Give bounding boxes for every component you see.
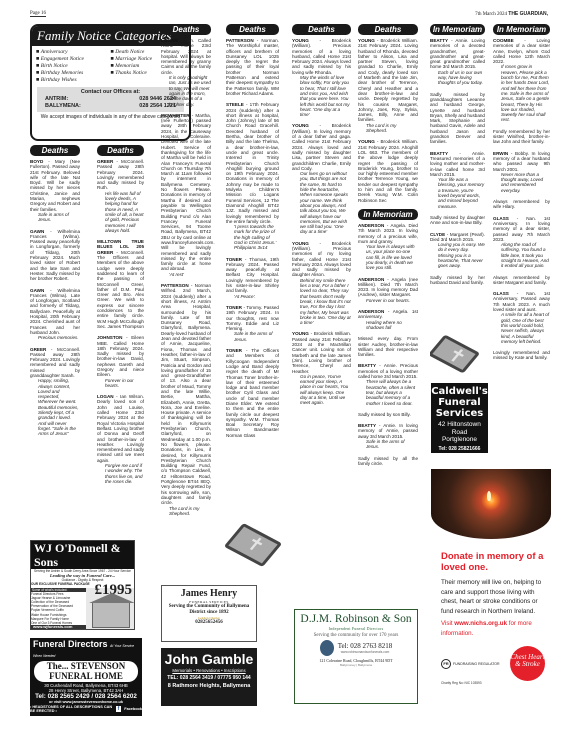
notice-text: Sadly missed by her husband David and fa… bbox=[430, 275, 485, 286]
notice-name: STEELE bbox=[226, 102, 244, 107]
notice-body: Always remembered by sister Margaret and… bbox=[493, 275, 550, 285]
notice-name: CLYDE bbox=[430, 232, 445, 237]
nichs-url[interactable]: www.nichs.org.uk bbox=[454, 620, 507, 627]
column-5: DeathsYOUNG - Broderick (William). Preci… bbox=[292, 24, 351, 412]
jh-serving: Serving the Community of Ballymena Distr… bbox=[162, 604, 256, 616]
notice-body: - Broderick (William). In loving memory … bbox=[292, 123, 351, 170]
notice-verse: A smile for all a heart of gold, One of … bbox=[493, 312, 550, 344]
section-header-deaths: Deaths bbox=[97, 145, 144, 156]
notice-text: Sadly missed by all the family circle. bbox=[358, 456, 418, 467]
notice-name: GAWN bbox=[30, 229, 44, 234]
notice-verse: Forgive me Lord if I wonder why. The tho… bbox=[97, 463, 144, 484]
notice-body: - Broderick William. 21st February 2024.… bbox=[358, 139, 418, 202]
notice-entry: BEATTY - Annie. Loving memories of a dev… bbox=[430, 38, 485, 86]
notice-text: YOUNG - Broderick William. 21st February… bbox=[358, 38, 418, 123]
notice-name: YOUNG bbox=[358, 139, 375, 144]
notice-entry: Fondly remembered by her sister Winifred… bbox=[493, 129, 550, 145]
notice-body: - Martha, (née Fullerton) passed away 28… bbox=[161, 113, 215, 272]
notice-name: ANDERSON bbox=[358, 277, 384, 282]
notice-body: - Mary (Nee Fullerton). Passed away 21st… bbox=[30, 159, 80, 212]
notice-entry: Missed every day. From sister Audrey, br… bbox=[358, 336, 418, 357]
notice-text: GAWN - Wilhelmina Frances (Wilma). Late … bbox=[30, 288, 80, 336]
stevenson-fd: Funeral Directors bbox=[33, 639, 108, 649]
djm-robinson-ad: D.J.M. Robinson & Son Independent Funera… bbox=[294, 609, 418, 704]
notice-entry: GREER - McConnell. Passed away 28th Febr… bbox=[30, 347, 80, 437]
chest-heart-stroke-logo: Chest Heart & Stroke bbox=[510, 646, 545, 681]
notice-verse: Safe in the arms of Jesus. bbox=[358, 439, 418, 450]
notice-verse: Safe in arms of Jesus. bbox=[30, 212, 80, 223]
notice-entry: PATTERSON - Norman. The Worshipful maste… bbox=[226, 38, 279, 96]
wj-name: WJ O'Donnell & Sons bbox=[31, 541, 134, 569]
notice-text: Sadly missed by daughter Anne and son-in… bbox=[430, 215, 485, 226]
notice-text: LOGAN - Ian. Called Home Home 23rd Febru… bbox=[161, 38, 211, 75]
jg-services: Memorials • Renovations • Inscriptions bbox=[161, 667, 257, 674]
john-gamble-ad: John Gamble Memorials • Renovations • In… bbox=[161, 648, 257, 706]
section-header-deaths: Deaths bbox=[358, 24, 418, 35]
ballymena-row: BALLYMENA:028 2564 1221 bbox=[45, 103, 176, 110]
djm-contact-row: Tel: 028 2763 8218 www.robinsonandsonfun… bbox=[295, 640, 417, 656]
notice-body: - Norman Wilfred. 2nd March, 2024 (sudde… bbox=[161, 283, 211, 505]
notice-entry: PATTERSON - Norman Wilfred. 2nd March, 2… bbox=[161, 283, 211, 516]
stevenson-funeral-home-ad: Funeral Directors At Your Service When N… bbox=[30, 638, 142, 716]
notice-text: PATTERSON - Norman. The Worshipful maste… bbox=[226, 38, 279, 96]
notice-entry: GLASS - Nan. 1st Anniversary. Passed awa… bbox=[493, 291, 550, 344]
notice-name: BEATTY bbox=[358, 363, 376, 368]
section-header-deaths: Deaths bbox=[292, 24, 351, 35]
contact-title: Contact our Offices at: bbox=[45, 89, 176, 96]
notice-body: - Wilhelmina Frances (Wilma). Late of Lo… bbox=[30, 288, 80, 335]
notice-name: JOHNSTON bbox=[97, 335, 122, 340]
notice-entry: COOMBE - Loving memories of a dear siste… bbox=[493, 38, 550, 123]
nichs-footer: FRFUNDRAISING REGULATOR Chest Heart & St… bbox=[441, 646, 545, 681]
djm-serving: Serving the community for over 170 years bbox=[295, 633, 417, 638]
charity-reg: Charity Reg No: NIC 103593 bbox=[441, 681, 551, 685]
notice-entry: YOUNG - Broderick William. 21st February… bbox=[358, 38, 418, 133]
antrim-row: ANTRIM:028 9446 2624 bbox=[45, 96, 176, 103]
notice-verse: Along the road of suffering, You found a… bbox=[493, 242, 550, 268]
notice-verse: There will always be a heartache, often … bbox=[358, 379, 418, 405]
cw-addr-1: 42 Hiltonstown bbox=[431, 421, 488, 429]
notice-name: YOUNG bbox=[292, 331, 309, 336]
cw-phone: Tel: 028 25821666 bbox=[431, 446, 488, 452]
ballymena-label: BALLYMENA: bbox=[45, 103, 81, 110]
stevenson-phone: Tel: 028 2565 2429 / 028 2564 6202 bbox=[30, 693, 142, 700]
notice-name: TONER bbox=[226, 348, 242, 353]
notice-body: - Wilhelmina Frances (Wilma). Passed awa… bbox=[30, 229, 80, 282]
category-item: Engagement Notice bbox=[36, 56, 111, 63]
page-header: Page 16 7th March 2024 THE GUARDIAN, bbox=[0, 11, 580, 21]
notice-verse: It is only goodnight Ian, Just as we use… bbox=[161, 75, 211, 107]
fr-logo-icon: FR bbox=[441, 659, 451, 669]
notice-text: Sadly missed by son Billy. bbox=[358, 412, 418, 417]
stevenson-name: The... STEVENSONFUNERAL HOME bbox=[34, 661, 138, 682]
notice-entry: CLYDE - Margaret (Pearl). Died 3rd March… bbox=[430, 232, 485, 269]
notice-text: STEELE - 17th February 2024 (suddenly) a… bbox=[226, 102, 279, 224]
notice-name: ANDERSON bbox=[358, 309, 384, 314]
notice-name: YOUNG bbox=[292, 38, 309, 43]
nichs-headline: Donate in memory of a loved one. bbox=[441, 551, 551, 573]
notice-entry: Sadly missed by daughter Anne and son-in… bbox=[430, 215, 485, 226]
notice-verse: Healing where no shadows fall bbox=[358, 320, 418, 331]
funeral-home-photo: £1995 bbox=[86, 588, 134, 630]
notice-body: Lovingly remembered and missed by Kate a… bbox=[493, 350, 550, 360]
notice-entry: GAWN - Wilhelmina Frances (Wilma). Late … bbox=[30, 288, 80, 341]
column-8: In MemoriamCOOMBE - Loving memories of a… bbox=[493, 24, 550, 367]
paper-name: THE GUARDIAN, bbox=[508, 11, 548, 17]
column-1: DeathsBOYD - Mary (Nee Fullerton). Passe… bbox=[30, 145, 80, 443]
notice-entry: YOUNG - Broderick (William). In loving m… bbox=[292, 123, 351, 234]
notice-entry: BOYD - Mary (Nee Fullerton). Passed away… bbox=[30, 159, 80, 223]
bible-icon bbox=[225, 520, 283, 572]
notice-verse: Never more than a thought away, Loved an… bbox=[493, 172, 550, 193]
candle-hands-image bbox=[431, 469, 551, 539]
notice-body: Sadly missed by son Billy. bbox=[358, 412, 411, 417]
notice-entry: TONER - Tommy. Passed 19th February 2024… bbox=[226, 305, 279, 342]
notice-text: LOGAN - Ian Wilson. Dearly loved son of … bbox=[97, 394, 144, 463]
notice-text: COOMBE - Loving memories of a dear siste… bbox=[493, 38, 550, 64]
masthead-date: 7th March 2024 THE GUARDIAN, bbox=[475, 11, 548, 17]
notice-body: - Norman. The Worshipful master, officer… bbox=[226, 38, 279, 96]
notice-entry: STEELE - 17th February 2024 (suddenly) a… bbox=[226, 102, 279, 250]
wj-odonnell-ad: WJ O'Donnell & Sons Serving the Antrim &… bbox=[30, 540, 135, 630]
notice-name: LOGAN bbox=[161, 38, 178, 43]
notice-name: YOUNG bbox=[292, 123, 309, 128]
jg-phone: TEL: 028 2564 3419 / 07775 950 144 bbox=[161, 674, 257, 682]
fundraising-regulator: FRFUNDRAISING REGULATOR bbox=[441, 659, 500, 669]
notice-entry: Sadly missed by her husband David and fa… bbox=[430, 275, 485, 286]
notice-entry: BEATTY - Annie. Precious memories of a l… bbox=[358, 363, 418, 405]
column-4: DeathsPATTERSON - Norman. The Worshipful… bbox=[226, 24, 279, 444]
djm-footer: Ballymoney | Ballymena bbox=[295, 663, 417, 667]
notice-name: BOYD bbox=[30, 159, 43, 164]
visit-pre: Visit bbox=[441, 620, 454, 627]
notice-text: Fondly remembered by her sister Winifred… bbox=[493, 129, 550, 145]
column-2: DeathsGREER - McConnell. Passed away 28t… bbox=[97, 145, 144, 490]
notice-verse: Your life was a blessing, your memory a … bbox=[430, 177, 485, 209]
jg-name: John Gamble bbox=[161, 651, 257, 667]
notice-verse: Forever in our hearts. bbox=[358, 298, 418, 303]
category-item: Birthday Wishes bbox=[36, 77, 111, 84]
notice-text: YOUNG - Broderick (William). In loving m… bbox=[292, 123, 351, 171]
jh-phone: 02825652456 bbox=[162, 620, 256, 625]
notice-text: TONER - Thomas, 19th February 2024. Pass… bbox=[226, 257, 279, 294]
notice-entry: Sadly missed by granddaughters Leeanne a… bbox=[430, 92, 485, 145]
notice-text: BEATTY - Annie. Loving memories of a dev… bbox=[430, 38, 485, 70]
notice-text: Lovingly remembered and missed by Kate a… bbox=[493, 350, 550, 361]
stevenson-headstones: • HEADSTONES OF ALL DESCRIPTIONS CAN BE … bbox=[30, 705, 113, 713]
notice-entry: ANDERSON - Angela. 1st anniversary.Heali… bbox=[358, 309, 418, 330]
notice-entry: Always remembered by wife Hilary. bbox=[493, 199, 550, 210]
notice-entry: YOUNG - Broderick William. Passed away 2… bbox=[292, 331, 351, 405]
notice-text: MILLTOWN TRUE BLUES LOL 205 GREER - McCo… bbox=[97, 239, 144, 329]
notice-name: COOMBE bbox=[493, 38, 514, 43]
notice-text: YOUNG - Broderick (William). Precious me… bbox=[292, 38, 351, 75]
djm-name: D.J.M. Robinson & Son bbox=[295, 612, 417, 626]
notice-body: - McConnell. Passed away 28th February 2… bbox=[30, 347, 80, 378]
notice-name: GLASS bbox=[493, 216, 509, 221]
notice-entry: ERWIN - Bobby. In loving memory of a dea… bbox=[493, 151, 550, 193]
nichs-visit: Visit www.nichs.org.uk for more informat… bbox=[441, 619, 551, 638]
notice-name: MCWHIRTER bbox=[161, 113, 190, 118]
section-header-in-memoriam: In Memoriam bbox=[493, 24, 550, 35]
notice-body: Fondly remembered by her sister Winifred… bbox=[493, 129, 550, 145]
notice-verse: Safe in the arms of Jesus. bbox=[226, 331, 279, 342]
category-item: Anniversary bbox=[36, 49, 111, 56]
notice-name: GREER bbox=[30, 347, 46, 352]
notice-name: ANDERSON bbox=[358, 223, 384, 228]
notice-body: Missed every day. From sister Audrey, br… bbox=[358, 336, 418, 357]
notice-name: YOUNG bbox=[358, 38, 375, 43]
notice-name: BEATTY bbox=[430, 151, 448, 156]
notice-entry: GLASS - Nan. 1st Anniversary. In loving … bbox=[493, 216, 550, 269]
notice-body: - Ian Wilson. Dearly loved son of John a… bbox=[97, 394, 144, 463]
cw-name-3: Services bbox=[431, 408, 488, 419]
section-header-in-memoriam: In Memoriam bbox=[358, 209, 418, 220]
column-6: DeathsYOUNG - Broderick William. 21st Fe… bbox=[358, 24, 418, 472]
wj-phone: 028 2563 1406 bbox=[31, 629, 86, 630]
notice-verse: If roses grow in Heaven, Please pick a b… bbox=[493, 64, 550, 122]
notice-verse: May the winds of love blow softly, For o… bbox=[292, 75, 351, 117]
notice-entry: LOGAN - Ian Wilson. Dearly loved son of … bbox=[97, 394, 144, 484]
notice-entry: ANDERSON - Angela. Died 7th March 2023. … bbox=[358, 223, 418, 271]
notice-body: - Ian. Called Home Home 23rd February 20… bbox=[161, 38, 211, 75]
column-7: In MemoriamBEATTY - Annie. Loving memori… bbox=[430, 24, 485, 291]
notice-text: Always remembered by wife Hilary. bbox=[493, 199, 550, 210]
djm-phone: Tel: 028 2763 8218 bbox=[338, 642, 393, 650]
jg-address: 8 Rathmore Heights, Ballymena bbox=[161, 682, 257, 690]
notice-text: GLASS - Nan. 1st Anniversary. Passed awa… bbox=[493, 291, 550, 312]
notice-body: - Annie. Loving memories of a devoted gr… bbox=[430, 38, 485, 69]
nichs-body: Their memory will live on, helping to ca… bbox=[441, 578, 551, 616]
section-header-deaths: Deaths bbox=[30, 145, 80, 156]
notice-verse: Behind my smile there lies a tear, For a… bbox=[292, 278, 351, 326]
facebook-label: Facebook bbox=[124, 707, 142, 711]
notice-text: MCWHIRTER - Martha, (née Fullerton) pass… bbox=[161, 113, 211, 272]
notice-verse: Loving you is easy. We do it every day. … bbox=[430, 242, 485, 268]
notice-text: ANDERSON - Angela. Died 7th March 2023. … bbox=[358, 223, 418, 244]
notice-verse: Forever in our hearts. bbox=[97, 378, 144, 389]
notice-entry: Sadly missed by son Billy. bbox=[358, 412, 418, 417]
notice-body: Sadly missed by her husband David and fa… bbox=[430, 275, 485, 285]
notice-body: Sadly missed by granddaughters Leeanne a… bbox=[430, 92, 485, 145]
notice-name: GREER bbox=[97, 159, 113, 164]
column-3: DeathsLOGAN - Ian. Called Home Home 23rd… bbox=[161, 24, 211, 522]
notice-verse: 'At rest' bbox=[161, 272, 211, 277]
notice-body: - Eileen MBE. Called Home 18th February … bbox=[97, 335, 144, 377]
stevenson-heading: Funeral Directors At Your Service When N… bbox=[30, 638, 142, 660]
section-header-deaths: Deaths bbox=[226, 24, 279, 35]
notice-text: GAWN - Wilhelmina Frances (Wilma). Passe… bbox=[30, 229, 80, 282]
stevenson-name-2: FUNERAL HOME bbox=[35, 672, 137, 682]
notice-text: GREER - McConnell. Passed away 28th Febr… bbox=[97, 159, 144, 191]
notice-body: Sadly missed by daughter Anne and son-in… bbox=[430, 215, 485, 225]
notice-text: BEATTY - Annie. Precious memories of a l… bbox=[358, 363, 418, 379]
notice-verse: 'At Peace'. bbox=[226, 294, 279, 299]
notice-entry: MILLTOWN TRUE BLUES LOL 205 GREER - McCo… bbox=[97, 239, 144, 329]
cw-name-2: Funeral bbox=[431, 397, 488, 408]
notice-body: - Broderick William. 21st February 2024.… bbox=[358, 38, 418, 122]
notice-body: - Broderick (William). Precious memories… bbox=[292, 38, 351, 75]
notice-text: PATTERSON - Norman Wilfred. 2nd March, 2… bbox=[161, 283, 211, 505]
notice-text: ERWIN - Bobby. In loving memory of a dea… bbox=[493, 151, 550, 172]
notice-entry: TONER - Thomas, 19th February 2024. Pass… bbox=[226, 257, 279, 299]
notice-name: LOGAN bbox=[97, 394, 114, 399]
notice-body: - 17th February 2024 (suddenly) after a … bbox=[226, 102, 279, 224]
nichs-donate-ad: Donate in memory of a loved one. Their m… bbox=[431, 469, 551, 714]
category-item: Birth Notice bbox=[36, 63, 111, 70]
notice-name: GLASS bbox=[493, 291, 509, 296]
notice-body: Sadly missed by all the family circle. bbox=[358, 456, 418, 466]
notice-text: BOYD - Mary (Nee Fullerton). Passed away… bbox=[30, 159, 80, 212]
cw-address: 42 HiltonstownRoadPortglenone bbox=[431, 421, 488, 444]
page-number: Page 16 bbox=[30, 11, 46, 17]
notice-verse: 'I press towards the mark for the prize … bbox=[226, 224, 279, 250]
notice-text: JOHNSTON - Eileen MBE. Called Home 18th … bbox=[97, 335, 144, 377]
notice-text: TONER - Tommy. Passed 19th February 2024… bbox=[226, 305, 279, 331]
category-item: Birthday Memories bbox=[36, 70, 111, 77]
issue-date: 7th March 2024 bbox=[475, 12, 507, 17]
notice-text: YOUNG - Broderick William. Passed away 2… bbox=[292, 331, 351, 373]
notice-entry: TONER - The Officers and Members of Kill… bbox=[226, 348, 279, 438]
notice-text: ANDERSON - Angela. 1st anniversary. bbox=[358, 309, 418, 320]
notice-text: TONER - The Officers and Members of Kill… bbox=[226, 348, 279, 438]
notice-entry: ANDERSON - Angela (nee Milliken). Died 7… bbox=[358, 277, 418, 303]
notice-text: Always remembered by sister Margaret and… bbox=[493, 275, 550, 286]
notice-entry: MCWHIRTER - Martha, (née Fullerton) pass… bbox=[161, 113, 211, 277]
notice-text: BEATTY - Annie. Treasured memories of a … bbox=[430, 151, 485, 177]
james-henry-ad: James Henry FUNERAL SERVICES Serving the… bbox=[161, 585, 257, 642]
cw-addr-2: Road bbox=[431, 429, 488, 437]
antrim-label: ANTRIM: bbox=[45, 96, 68, 103]
djm-website: www.robinsonandsonfunerals.com bbox=[338, 650, 393, 654]
notice-entry: GAWN - Wilhelmina Frances (Wilma). Passe… bbox=[30, 229, 80, 282]
notice-verse: The Lord is my Shepherd. bbox=[358, 123, 418, 134]
notice-text: Missed every day. From sister Audrey, br… bbox=[358, 336, 418, 357]
notice-entry: Lovingly remembered and missed by Kate a… bbox=[493, 350, 550, 361]
notice-name: GAWN bbox=[30, 288, 44, 293]
notice-name: YOUNG bbox=[292, 241, 309, 246]
notice-name: PATTERSON bbox=[161, 283, 189, 288]
notice-text: GREER - McConnell. Passed away 28th Febr… bbox=[30, 347, 80, 379]
notice-body: - Thomas, 19th February 2024. Passed awa… bbox=[226, 257, 279, 294]
notice-entry: YOUNG - Broderick (William). Precious me… bbox=[292, 38, 351, 117]
notice-entry: BEATTY - Annie. Treasured memories of a … bbox=[430, 151, 485, 209]
notice-entry: YOUNG - Broderick William. 21st February… bbox=[358, 139, 418, 203]
notice-body: - Broderick William. Passed away 21st Fe… bbox=[292, 331, 351, 373]
notice-entry: LOGAN - Ian. Called Home Home 23rd Febru… bbox=[161, 38, 211, 107]
notice-entry: GREER - McConnell. Passed away 28th Febr… bbox=[97, 159, 144, 233]
notice-entry: Always remembered by sister Margaret and… bbox=[493, 275, 550, 286]
notice-verse: Your love is always with us, your place … bbox=[358, 244, 418, 270]
notice-text: BEATTY - Annie. In loving memory of Anni… bbox=[358, 423, 418, 439]
notice-name: BEATTY bbox=[358, 423, 376, 428]
notice-name: ERWIN bbox=[493, 151, 508, 156]
section-header-deaths: Deaths bbox=[161, 24, 211, 35]
notice-body: Always remembered by wife Hilary. bbox=[493, 199, 550, 209]
notice-text: YOUNG - Broderick (William). Precious me… bbox=[292, 241, 351, 278]
regulator-label: FUNDRAISING REGULATOR bbox=[453, 662, 500, 666]
notice-entry: JOHNSTON - Eileen MBE. Called Home 18th … bbox=[97, 335, 144, 388]
notice-verse: The Lord is my Shepherd. bbox=[161, 506, 211, 517]
notice-verse: Precious memories. bbox=[30, 335, 80, 340]
stevenson-bottom: • HEADSTONES OF ALL DESCRIPTIONS CAN BE … bbox=[30, 704, 142, 713]
notice-body: - The Officers and Members of Killycooga… bbox=[226, 348, 279, 438]
notice-verse: Happy, smiling, Always content, Loved an… bbox=[30, 378, 80, 436]
notice-name: TONER bbox=[226, 305, 242, 310]
notice-text: YOUNG - Broderick William. 21st February… bbox=[358, 139, 418, 203]
facebook-icon: f bbox=[116, 706, 122, 712]
section-header-in-memoriam: In Memoriam bbox=[430, 24, 485, 35]
notice-verse: His life was full of lovely deeds, A hel… bbox=[97, 191, 144, 233]
notice-body: - McConnell. Passed away 28th February 2… bbox=[97, 159, 144, 190]
notice-text: CLYDE - Margaret (Pearl). Died 3rd March… bbox=[430, 232, 485, 243]
notice-text: ANDERSON - Angela (nee Milliken). Died 7… bbox=[358, 277, 418, 298]
jh-name: James Henry bbox=[162, 588, 256, 600]
notice-name: BEATTY bbox=[430, 38, 448, 43]
house-icon bbox=[92, 602, 130, 628]
notice-name: TONER bbox=[226, 257, 242, 262]
caldwells-ad: Caldwell's Funeral Services 42 Hiltonsto… bbox=[431, 383, 488, 453]
notice-body: - Broderick (William). Precious memories… bbox=[292, 241, 351, 278]
djm-sub: Independent Funeral Directors bbox=[295, 626, 417, 631]
notice-verse: Each of us in our own way, have loving t… bbox=[430, 70, 485, 86]
wj-included-list: Some of what's included: Funeral Directo… bbox=[31, 588, 86, 630]
cw-name-1: Caldwell's bbox=[431, 386, 488, 397]
seal-icon bbox=[320, 640, 334, 656]
notice-verse: Our lives go on without you, But things … bbox=[292, 171, 351, 235]
wj-package-box: Some of what's included: Funeral Directo… bbox=[31, 588, 134, 630]
bible-icon-2 bbox=[430, 335, 485, 383]
notice-verse: Go in peace, You've earned your sleep, A… bbox=[292, 374, 351, 406]
notice-body: - McConnell. The Officers and Members of… bbox=[97, 250, 144, 329]
notice-text: GLASS - Nan. 1st Anniversary. In loving … bbox=[493, 216, 550, 242]
notice-name: PATTERSON bbox=[226, 38, 254, 43]
notice-text: Sadly missed by granddaughters Leeanne a… bbox=[430, 92, 485, 145]
notice-entry: Sadly missed by all the family circle. bbox=[358, 456, 418, 467]
notice-entry: BEATTY - Annie. In loving memory of Anni… bbox=[358, 423, 418, 449]
cw-addr-3: Portglenone bbox=[431, 436, 488, 444]
notice-entry: YOUNG - Broderick (William). Precious me… bbox=[292, 241, 351, 326]
